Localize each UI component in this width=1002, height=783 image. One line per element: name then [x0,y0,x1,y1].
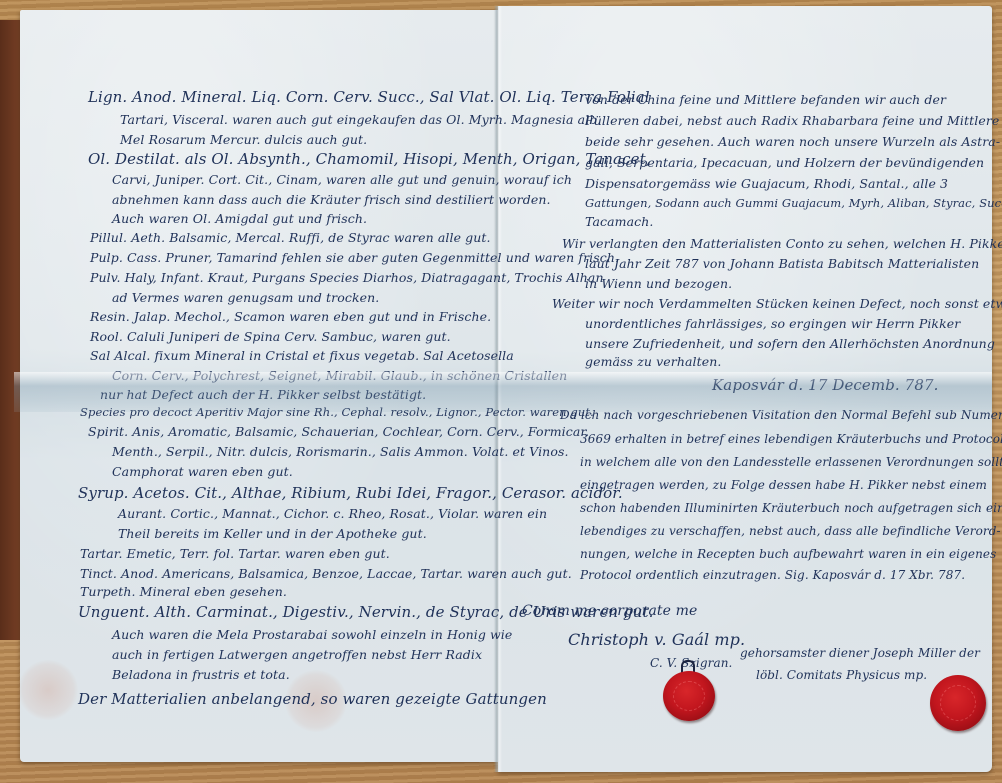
manuscript-line: von der China feine und Mittlere befande… [585,92,946,107]
manuscript-line: gali, Serpentaria, Ipecacuan, und Holzer… [585,155,984,170]
manuscript-line: Aurant. Cortic., Mannat., Cichor. c. Rhe… [118,506,547,521]
manuscript-line: Pulv. Haly, Infant. Kraut, Purgans Speci… [90,270,604,285]
manuscript-line: Weiter wir noch Verdammelten Stücken kei… [552,296,1002,311]
manuscript-line: Da ich nach vorgeschriebenen Visitation … [560,408,1002,422]
signature-gaal: Christoph v. Gaál mp. [568,630,745,649]
manuscript-line: abnehmen kann dass auch die Kräuter fris… [112,192,551,207]
manuscript-line: Turpeth. Mineral eben gesehen. [80,584,287,599]
manuscript-line: Pillul. Aeth. Balsamic, Mercal. Ruffi, d… [90,230,491,245]
manuscript-line: Lign. Anod. Mineral. Liq. Corn. Cerv. Su… [88,88,650,106]
paper-stain [18,660,78,720]
manuscript-line: Carvi, Juniper. Cort. Cit., Cinam, waren… [112,172,572,187]
manuscript-line: Tartar. Emetic, Terr. fol. Tartar. waren… [80,546,390,561]
manuscript-line: Tartari, Visceral. waren auch gut eingek… [120,112,601,127]
manuscript-line: nur hat Defect auch der H. Pikker selbst… [100,387,426,402]
manuscript-line: Corn. Cerv., Polychrest, Seignet, Mirabi… [112,368,567,383]
manuscript-line: Auch waren die Mela Prostarabai sowohl e… [112,627,512,642]
place-date-line: Kaposvár d. 17 Decemb. 787. [712,376,938,394]
manuscript-line: Theil bereits im Keller und in der Apoth… [118,526,427,541]
manuscript-line: in Wienn und bezogen. [585,276,732,291]
manuscript-line: Dispensatorgemäss wie Guajacum, Rhodi, S… [585,176,948,191]
signature-attestation: Coram me corporate me [522,603,697,619]
manuscript-line: Tinct. Anod. Americans, Balsamica, Benzo… [80,566,572,581]
manuscript-line: Auch waren Ol. Amigdal gut und frisch. [112,211,367,226]
manuscript-line: unordentliches fahrlässiges, so ergingen… [585,316,960,331]
manuscript-line: schon habenden Illuminirten Kräuterbuch … [580,501,1002,515]
manuscript-line: Menth., Serpil., Nitr. dulcis, Rorismari… [112,444,569,459]
wax-seal-right [930,675,986,731]
manuscript-line: Mel Rosarum Mercur. dulcis auch gut. [120,132,367,147]
manuscript-line: Tacamach. [585,214,654,229]
manuscript-line: Sal Alcal. fixum Mineral in Cristal et f… [90,348,514,363]
manuscript-line: in welchem alle von den Landesstelle erl… [580,455,1002,469]
manuscript-line: Beladona in frustris et tota. [112,667,290,682]
manuscript-line: Der Matterialien anbelangend, so waren g… [78,690,547,708]
manuscript-line: Syrup. Acetos. Cit., Althae, Ribium, Rub… [78,484,623,502]
manuscript-line: Fülleren dabei, nebst auch Radix Rhabarb… [585,113,999,128]
manuscript-line: Protocol ordentlich einzutragen. Sig. Ka… [580,568,965,582]
manuscript-line: Wir verlangten den Matterialisten Conto … [562,236,1002,251]
manuscript-line: laut Jahr Zeit 787 von Johann Batista Ba… [585,256,979,271]
signature-miller: gehorsamster diener Joseph Miller der [740,646,980,660]
manuscript-line: Pulp. Cass. Pruner, Tamarind fehlen sie … [90,250,619,265]
manuscript-line: Species pro decoct Aperitiv Major sine R… [80,405,594,419]
signature-physicus: löbl. Comitats Physicus mp. [756,668,927,682]
manuscript-line: beide sehr gesehen. Auch waren noch unse… [585,134,1000,149]
manuscript-line: unsere Zufriedenheit, und sofern den All… [585,336,995,351]
manuscript-line: Gattungen, Sodann auch Gummi Guajacum, M… [585,196,1002,210]
wax-seal-left [663,671,715,721]
manuscript-line: Spirit. Anis, Aromatic, Balsamic, Schaue… [88,424,589,439]
manuscript-line: ad Vermes waren genugsam und trocken. [112,290,379,305]
manuscript-line: eingetragen werden, zu Folge dessen habe… [580,478,987,492]
manuscript-line: Resin. Jalap. Mechol., Scamon waren eben… [90,309,491,324]
manuscript-line: Rool. Caluli Juniperi de Spina Cerv. Sam… [90,329,451,344]
manuscript-line: Ol. Destilat. als Ol. Absynth., Chamomil… [88,150,651,168]
manuscript-line: gemäss zu verhalten. [585,354,722,369]
manuscript-line: 3669 erhalten in betref eines lebendigen… [580,432,1002,446]
manuscript-line: Camphorat waren eben gut. [112,464,293,479]
manuscript-line: nungen, welche in Recepten buch aufbewah… [580,547,996,561]
manuscript-line: auch in fertigen Latwergen angetroffen n… [112,647,482,662]
manuscript-line: lebendiges zu verschaffen, nebst auch, d… [580,524,1001,538]
